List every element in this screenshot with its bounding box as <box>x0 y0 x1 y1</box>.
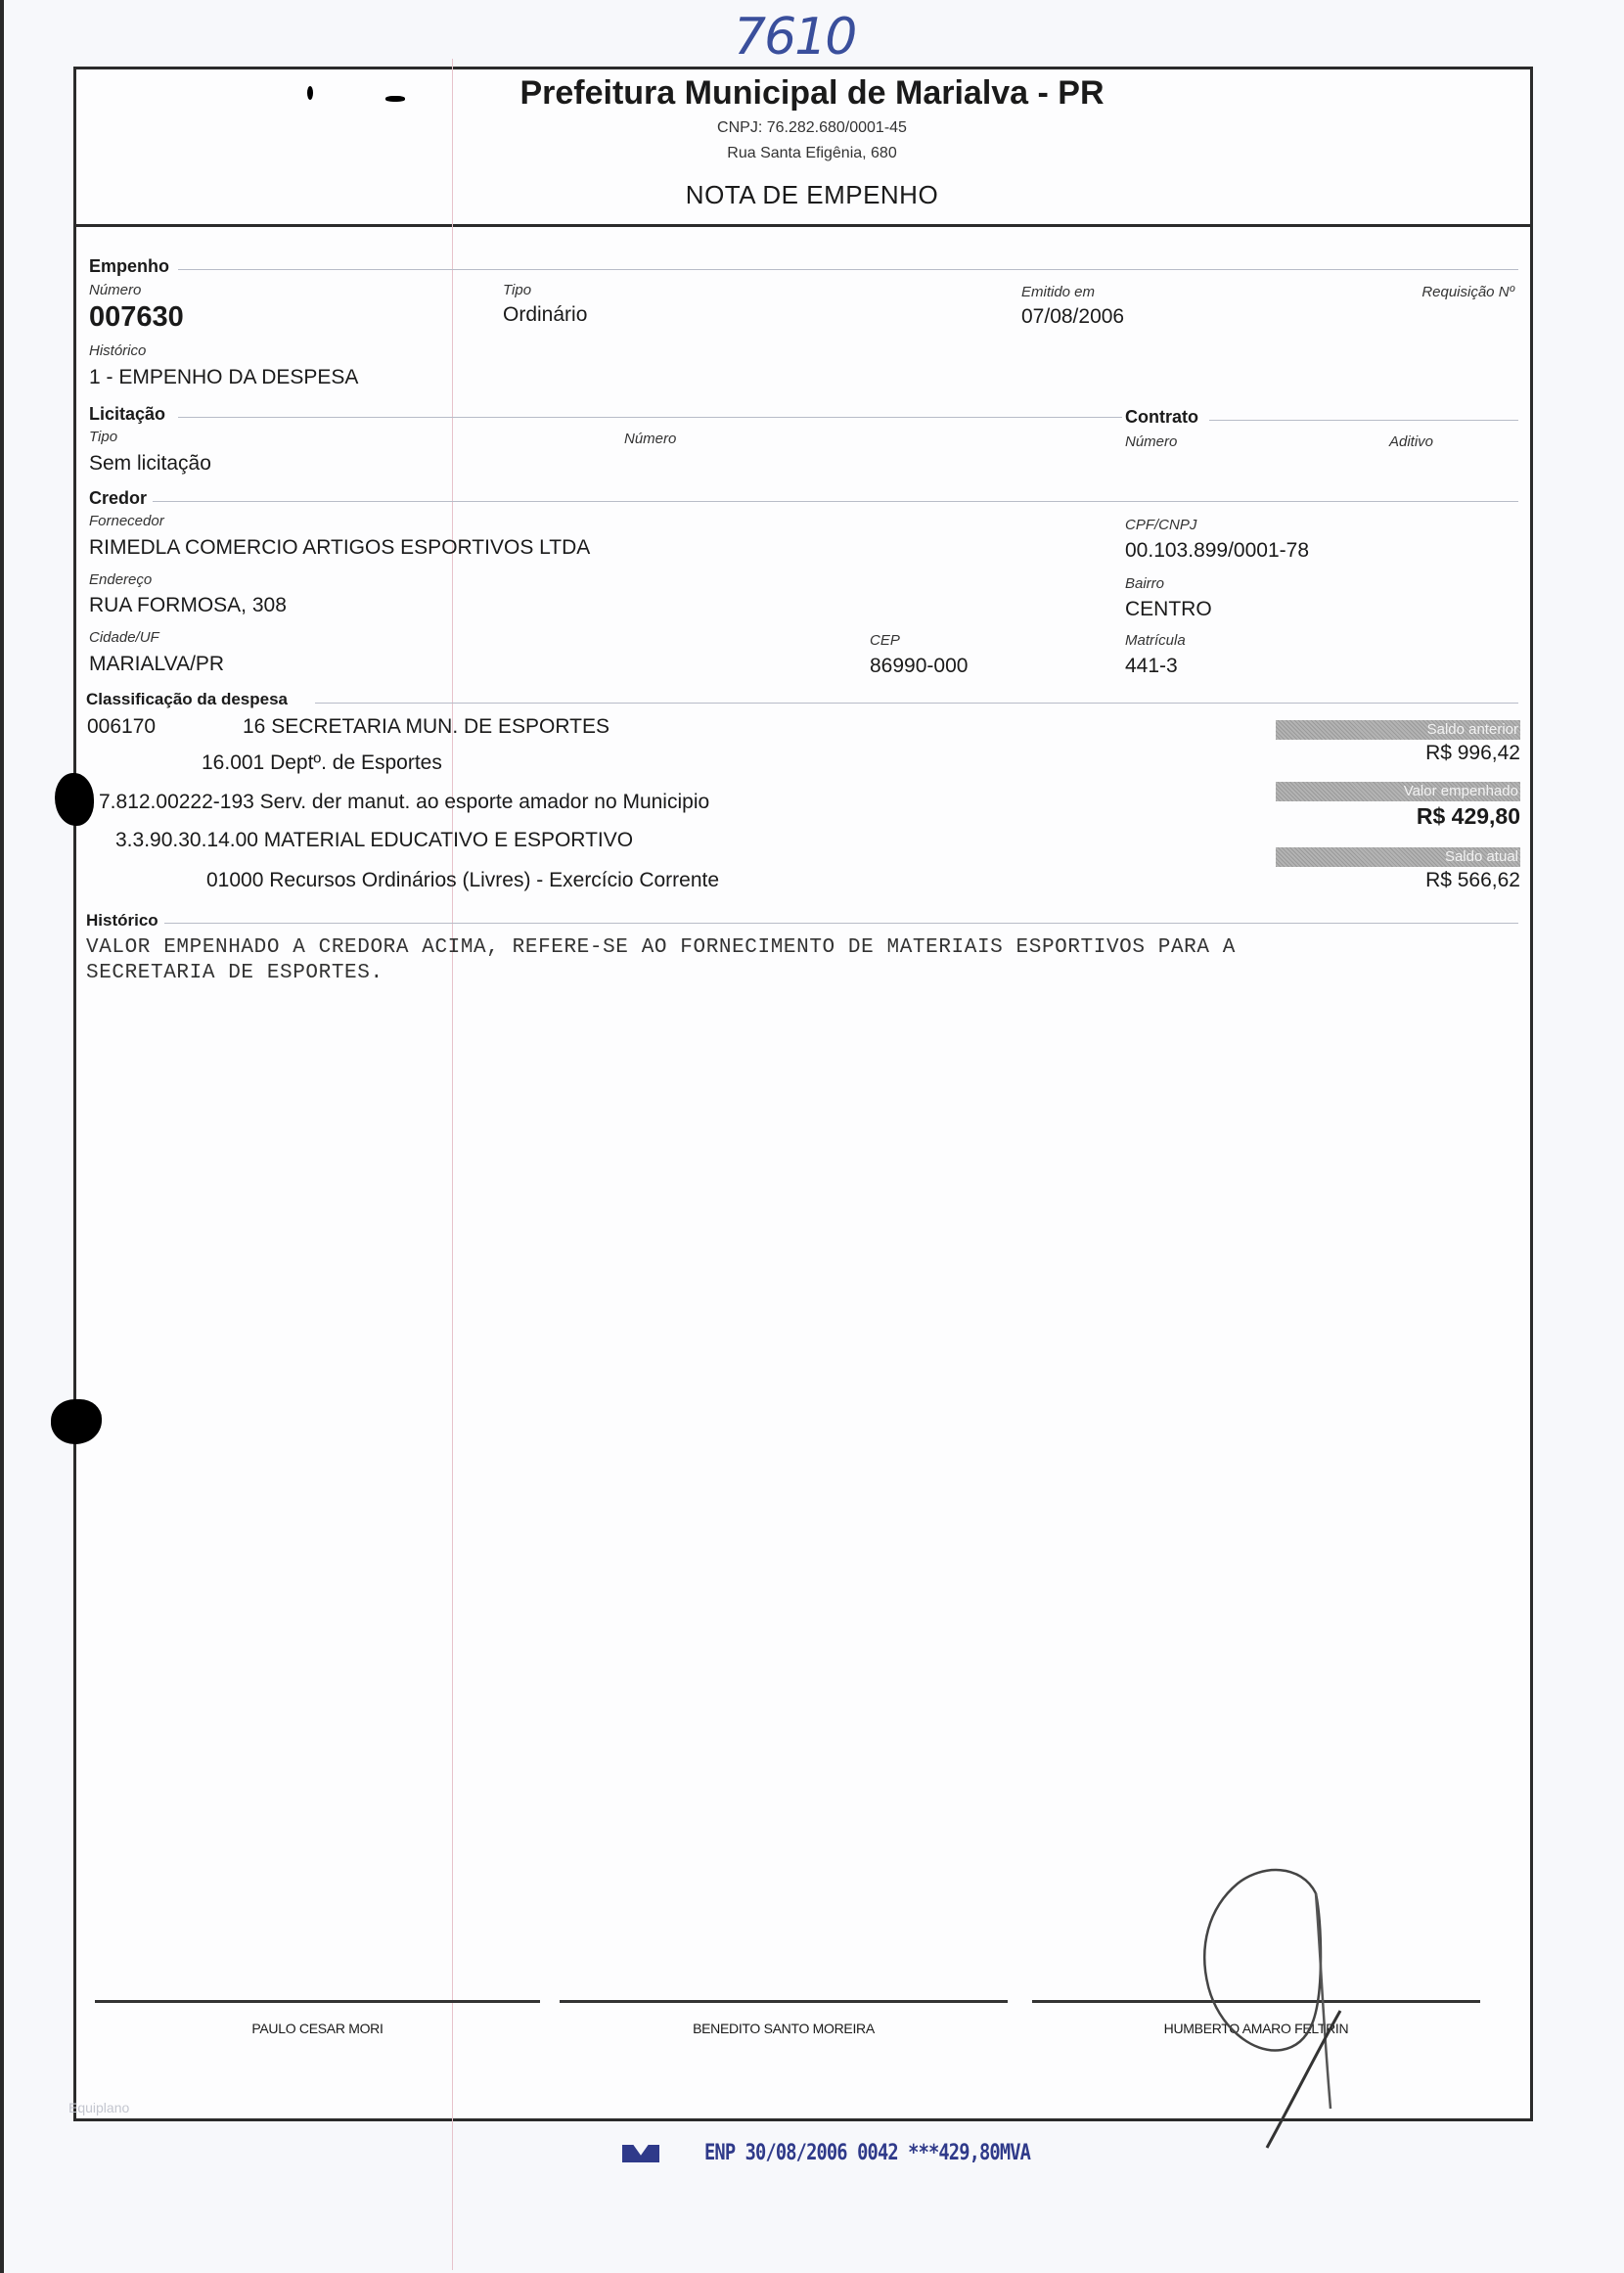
section-classificacao: Classificação da despesa <box>86 690 288 709</box>
handwritten-signature <box>1154 1840 1448 2153</box>
divider <box>164 923 1518 924</box>
signatory-1: PAULO CESAR MORI <box>95 2021 540 2036</box>
cpf-value: 00.103.899/0001-78 <box>1125 539 1309 563</box>
emitido-date: 07/08/2006 <box>1021 305 1124 329</box>
classificacao-funcional: 7.812.00222-193 Serv. der manut. ao espo… <box>99 791 709 814</box>
empenho-historico: 1 - EMPENHO DA DESPESA <box>89 366 358 389</box>
punch-hole <box>55 773 94 826</box>
footer-brand: Equiplano <box>68 2100 129 2115</box>
tipo-label: Tipo <box>503 282 531 298</box>
empenho-numero: 007630 <box>89 301 184 334</box>
classificacao-orgao: 16 SECRETARIA MUN. DE ESPORTES <box>243 715 609 739</box>
org-title: Prefeitura Municipal de Marialva - PR <box>0 74 1624 113</box>
header-separator <box>73 224 1533 227</box>
endereco-value: RUA FORMOSA, 308 <box>89 594 287 617</box>
cep-label: CEP <box>870 632 900 649</box>
classificacao-codigo: 006170 <box>87 715 156 739</box>
signatory-2: BENEDITO SANTO MOREIRA <box>560 2021 1008 2036</box>
valor-empenhado-label: Valor empenhado <box>1276 782 1520 801</box>
cpf-label: CPF/CNPJ <box>1125 517 1196 533</box>
divider <box>153 501 1518 502</box>
handwritten-number: 7610 <box>734 8 855 67</box>
endereco-label: Endereço <box>89 571 152 588</box>
cep-value: 86990-000 <box>870 655 968 678</box>
scan-edge <box>0 0 4 2273</box>
divider <box>315 703 1518 704</box>
historico-line-2: SECRETARIA DE ESPORTES. <box>86 961 383 986</box>
signature-line <box>560 2000 1008 2003</box>
classificacao-elemento: 3.3.90.30.14.00 MATERIAL EDUCATIVO E ESP… <box>115 829 633 852</box>
classificacao-unidade: 16.001 Deptº. de Esportes <box>202 751 442 775</box>
section-empenho: Empenho <box>89 256 169 277</box>
bank-stamp: ENP 30/08/2006 0042 ***429,80MVA <box>704 2141 1030 2165</box>
licitacao-tipo-label: Tipo <box>89 429 117 445</box>
saldo-atual-label: Saldo atual <box>1276 847 1520 867</box>
bairro-value: CENTRO <box>1125 598 1212 621</box>
divider <box>178 417 1122 418</box>
emitido-label: Emitido em <box>1021 284 1095 300</box>
divider <box>178 269 1518 270</box>
requisicao-label: Requisição Nº <box>1350 284 1514 300</box>
section-historico: Histórico <box>86 911 158 931</box>
section-credor: Credor <box>89 488 147 509</box>
matricula-label: Matrícula <box>1125 632 1186 649</box>
fornecedor-label: Fornecedor <box>89 513 164 529</box>
saldo-anterior-label: Saldo anterior <box>1276 720 1520 740</box>
historico-line-1: VALOR EMPENHADO A CREDORA ACIMA, REFERE-… <box>86 935 1236 961</box>
cidade-value: MARIALVA/PR <box>89 653 224 676</box>
org-address: Rua Santa Efigênia, 680 <box>0 145 1624 162</box>
section-licitacao: Licitação <box>89 404 165 425</box>
saldo-atual-value: R$ 566,62 <box>1272 869 1520 892</box>
org-cnpj: CNPJ: 76.282.680/0001-45 <box>0 119 1624 137</box>
fornecedor-name: RIMEDLA COMERCIO ARTIGOS ESPORTIVOS LTDA <box>89 536 590 560</box>
divider <box>1209 420 1518 421</box>
empenho-tipo: Ordinário <box>503 303 587 327</box>
historico-label: Histórico <box>89 342 146 359</box>
saldo-anterior-value: R$ 996,42 <box>1272 742 1520 765</box>
matricula-value: 441-3 <box>1125 655 1178 678</box>
signature-line <box>95 2000 540 2003</box>
numero-label: Número <box>89 282 141 298</box>
classificacao-recurso: 01000 Recursos Ordinários (Livres) - Exe… <box>206 869 719 892</box>
document-title: NOTA DE EMPENHO <box>0 180 1624 210</box>
licitacao-numero-label: Número <box>624 431 676 447</box>
contrato-aditivo-label: Aditivo <box>1389 433 1433 450</box>
bank-logo-icon <box>622 2145 659 2162</box>
bairro-label: Bairro <box>1125 575 1164 592</box>
margin-line <box>452 59 453 2270</box>
cidade-label: Cidade/UF <box>89 629 159 646</box>
valor-empenhado-value: R$ 429,80 <box>1272 803 1520 830</box>
contrato-numero-label: Número <box>1125 433 1177 450</box>
section-contrato: Contrato <box>1125 407 1198 428</box>
licitacao-tipo: Sem licitação <box>89 452 211 476</box>
